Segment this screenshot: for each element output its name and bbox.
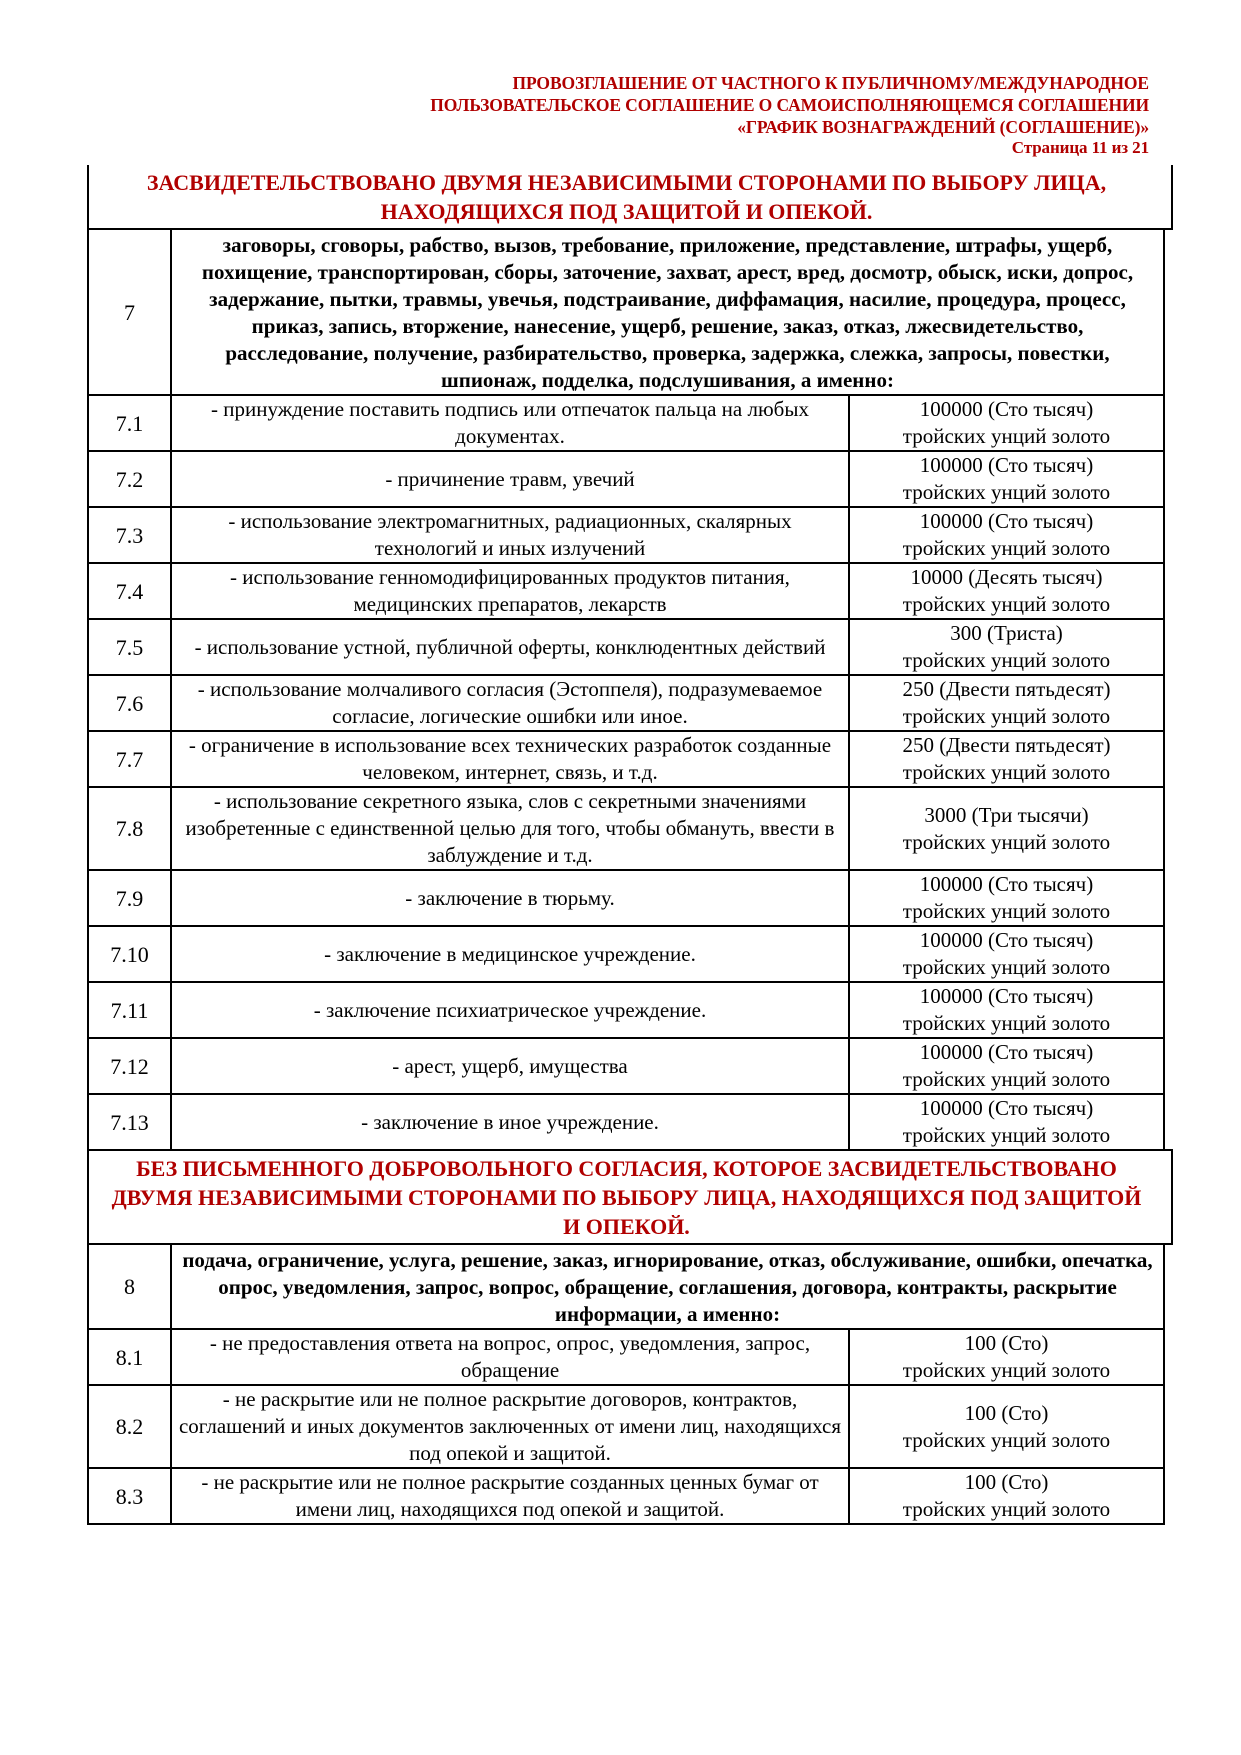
- item-amount: 100000 (Сто тысяч): [854, 983, 1159, 1010]
- section-banner: ЗАСВИДЕТЕЛЬСТВОВАНО ДВУМЯ НЕЗАВИСИМЫМИ С…: [88, 165, 1164, 229]
- item-description: - использование устной, публичной оферты…: [171, 619, 849, 675]
- item-unit: тройских унций золото: [854, 1496, 1159, 1523]
- item-unit: тройских унций золото: [854, 1357, 1159, 1384]
- item-amount-cell: 300 (Триста) тройских унций золото: [849, 619, 1164, 675]
- item-unit: тройских унций золото: [854, 703, 1159, 730]
- table-row: 7.5 - использование устной, публичной оф…: [88, 619, 1164, 675]
- item-number: 7.9: [88, 870, 171, 926]
- item-amount-cell: 100000 (Сто тысяч) тройских унций золото: [849, 507, 1164, 563]
- item-amount: 100 (Сто): [854, 1400, 1159, 1427]
- item-description: - заключение в медицинское учреждение.: [171, 926, 849, 982]
- item-amount: 100 (Сто): [854, 1469, 1159, 1496]
- item-number: 7.11: [88, 982, 171, 1038]
- item-amount: 100000 (Сто тысяч): [854, 508, 1159, 535]
- section-heading: подача, ограничение, услуга, решение, за…: [171, 1244, 1164, 1329]
- item-unit: тройских унций золото: [854, 1122, 1159, 1149]
- table-row: 7.2 - причинение травм, увечий 100000 (С…: [88, 451, 1164, 507]
- item-unit: тройских унций золото: [854, 479, 1159, 506]
- document-title-line-3: «ГРАФИК ВОЗНАГРАЖДЕНИЙ (СОГЛАШЕНИЕ)»: [249, 116, 1149, 138]
- table-row: 8.2 - не раскрытие или не полное раскрыт…: [88, 1385, 1164, 1468]
- item-unit: тройских унций золото: [854, 954, 1159, 981]
- item-amount-cell: 250 (Двести пятьдесят) тройских унций зо…: [849, 731, 1164, 787]
- section-heading: заговоры, сговоры, рабство, вызов, требо…: [171, 229, 1164, 395]
- section-heading-row: 8 подача, ограничение, услуга, решение, …: [88, 1244, 1164, 1329]
- item-amount: 250 (Двести пятьдесят): [854, 732, 1159, 759]
- item-amount-cell: 100000 (Сто тысяч) тройских унций золото: [849, 870, 1164, 926]
- item-amount-cell: 100000 (Сто тысяч) тройских унций золото: [849, 926, 1164, 982]
- document-title-line-2: ПОЛЬЗОВАТЕЛЬСКОЕ СОГЛАШЕНИЕ О САМОИСПОЛН…: [249, 94, 1149, 116]
- item-unit: тройских унций золото: [854, 759, 1159, 786]
- table-row: 7.6 - использование молчаливого согласия…: [88, 675, 1164, 731]
- item-amount: 100000 (Сто тысяч): [854, 927, 1159, 954]
- page-indicator: Страница 11 из 21: [249, 138, 1149, 158]
- item-number: 7.6: [88, 675, 171, 731]
- item-unit: тройских унций золото: [854, 829, 1159, 856]
- table-row: 7.1 - принуждение поставить подпись или …: [88, 395, 1164, 451]
- page-header: ПРОВОЗГЛАШЕНИЕ ОТ ЧАСТНОГО К ПУБЛИЧНОМУ/…: [249, 72, 1149, 158]
- table-row: 7.3 - использование электромагнитных, ра…: [88, 507, 1164, 563]
- item-description: - арест, ущерб, имущества: [171, 1038, 849, 1094]
- item-amount-cell: 100000 (Сто тысяч) тройских унций золото: [849, 395, 1164, 451]
- item-description: - принуждение поставить подпись или отпе…: [171, 395, 849, 451]
- item-description: - причинение травм, увечий: [171, 451, 849, 507]
- item-description: - заключение психиатрическое учреждение.: [171, 982, 849, 1038]
- banner-border-extension: [1164, 1149, 1173, 1245]
- item-amount: 3000 (Три тысячи): [854, 802, 1159, 829]
- item-amount-cell: 100000 (Сто тысяч) тройских унций золото: [849, 451, 1164, 507]
- item-unit: тройских унций золото: [854, 591, 1159, 618]
- item-unit: тройских унций золото: [854, 1427, 1159, 1454]
- item-amount-cell: 10000 (Десять тысяч) тройских унций золо…: [849, 563, 1164, 619]
- table-row: 7.12 - арест, ущерб, имущества 100000 (С…: [88, 1038, 1164, 1094]
- item-description: - не раскрытие или не полное раскрытие д…: [171, 1385, 849, 1468]
- section-banner-row: БЕЗ ПИСЬМЕННОГО ДОБРОВОЛЬНОГО СОГЛАСИЯ, …: [88, 1150, 1164, 1244]
- item-number: 7.7: [88, 731, 171, 787]
- item-unit: тройских унций золото: [854, 1010, 1159, 1037]
- item-amount: 300 (Триста): [854, 620, 1159, 647]
- item-unit: тройских унций золото: [854, 647, 1159, 674]
- section-banner-text: ЗАСВИДЕТЕЛЬСТВОВАНО ДВУМЯ НЕЗАВИСИМЫМИ С…: [147, 170, 1106, 224]
- document-title-line-1: ПРОВОЗГЛАШЕНИЕ ОТ ЧАСТНОГО К ПУБЛИЧНОМУ/…: [249, 72, 1149, 94]
- item-description: - ограничение в использование всех техни…: [171, 731, 849, 787]
- item-unit: тройских унций золото: [854, 898, 1159, 925]
- item-number: 7.2: [88, 451, 171, 507]
- item-description: - не предоставления ответа на вопрос, оп…: [171, 1329, 849, 1385]
- item-description: - заключение в иное учреждение.: [171, 1094, 849, 1150]
- item-amount-cell: 250 (Двести пятьдесят) тройских унций зо…: [849, 675, 1164, 731]
- item-amount-cell: 100000 (Сто тысяч) тройских унций золото: [849, 1094, 1164, 1150]
- item-description: - не раскрытие или не полное раскрытие с…: [171, 1468, 849, 1524]
- section-heading-row: 7 заговоры, сговоры, рабство, вызов, тре…: [88, 229, 1164, 395]
- item-number: 7.12: [88, 1038, 171, 1094]
- table-row: 8.3 - не раскрытие или не полное раскрыт…: [88, 1468, 1164, 1524]
- table-row: 7.9 - заключение в тюрьму. 100000 (Сто т…: [88, 870, 1164, 926]
- table-row: 7.11 - заключение психиатрическое учрежд…: [88, 982, 1164, 1038]
- table-row: 8.1 - не предоставления ответа на вопрос…: [88, 1329, 1164, 1385]
- item-description: - использование молчаливого согласия (Эс…: [171, 675, 849, 731]
- banner-border-extension: [1164, 165, 1173, 230]
- item-amount-cell: 100 (Сто) тройских унций золото: [849, 1385, 1164, 1468]
- item-number: 7.4: [88, 563, 171, 619]
- item-number: 8.2: [88, 1385, 171, 1468]
- item-amount-cell: 100 (Сто) тройских унций золото: [849, 1329, 1164, 1385]
- item-amount-cell: 100 (Сто) тройских унций золото: [849, 1468, 1164, 1524]
- section-banner-text: БЕЗ ПИСЬМЕННОГО ДОБРОВОЛЬНОГО СОГЛАСИЯ, …: [112, 1156, 1142, 1239]
- item-number: 8.1: [88, 1329, 171, 1385]
- item-amount-cell: 3000 (Три тысячи) тройских унций золото: [849, 787, 1164, 870]
- table-body: ЗАСВИДЕТЕЛЬСТВОВАНО ДВУМЯ НЕЗАВИСИМЫМИ С…: [88, 165, 1164, 1524]
- item-unit: тройских унций золото: [854, 535, 1159, 562]
- section-banner-row: ЗАСВИДЕТЕЛЬСТВОВАНО ДВУМЯ НЕЗАВИСИМЫМИ С…: [88, 165, 1164, 229]
- table-row: 7.4 - использование генномодифицированны…: [88, 563, 1164, 619]
- section-banner: БЕЗ ПИСЬМЕННОГО ДОБРОВОЛЬНОГО СОГЛАСИЯ, …: [88, 1150, 1164, 1244]
- item-number: 7.8: [88, 787, 171, 870]
- item-unit: тройских унций золото: [854, 423, 1159, 450]
- table-row: 7.8 - использование секретного языка, сл…: [88, 787, 1164, 870]
- item-description: - заключение в тюрьму.: [171, 870, 849, 926]
- item-amount: 10000 (Десять тысяч): [854, 564, 1159, 591]
- item-number: 7.10: [88, 926, 171, 982]
- table-row: 7.13 - заключение в иное учреждение. 100…: [88, 1094, 1164, 1150]
- item-number: 7.5: [88, 619, 171, 675]
- item-amount: 100000 (Сто тысяч): [854, 1039, 1159, 1066]
- item-amount: 100000 (Сто тысяч): [854, 396, 1159, 423]
- item-description: - использование генномодифицированных пр…: [171, 563, 849, 619]
- item-amount-cell: 100000 (Сто тысяч) тройских унций золото: [849, 1038, 1164, 1094]
- table-row: 7.10 - заключение в медицинское учрежден…: [88, 926, 1164, 982]
- item-number: 8.3: [88, 1468, 171, 1524]
- table-row: 7.7 - ограничение в использование всех т…: [88, 731, 1164, 787]
- item-description: - использование секретного языка, слов с…: [171, 787, 849, 870]
- item-amount: 100 (Сто): [854, 1330, 1159, 1357]
- item-number: 7.3: [88, 507, 171, 563]
- item-amount: 250 (Двести пятьдесят): [854, 676, 1159, 703]
- item-description: - использование электромагнитных, радиац…: [171, 507, 849, 563]
- section-number: 7: [88, 229, 171, 395]
- item-amount: 100000 (Сто тысяч): [854, 871, 1159, 898]
- item-amount: 100000 (Сто тысяч): [854, 452, 1159, 479]
- section-number: 8: [88, 1244, 171, 1329]
- item-amount-cell: 100000 (Сто тысяч) тройских унций золото: [849, 982, 1164, 1038]
- item-number: 7.1: [88, 395, 171, 451]
- item-unit: тройских унций золото: [854, 1066, 1159, 1093]
- item-number: 7.13: [88, 1094, 171, 1150]
- item-amount: 100000 (Сто тысяч): [854, 1095, 1159, 1122]
- rewards-schedule-table: ЗАСВИДЕТЕЛЬСТВОВАНО ДВУМЯ НЕЗАВИСИМЫМИ С…: [87, 165, 1165, 1525]
